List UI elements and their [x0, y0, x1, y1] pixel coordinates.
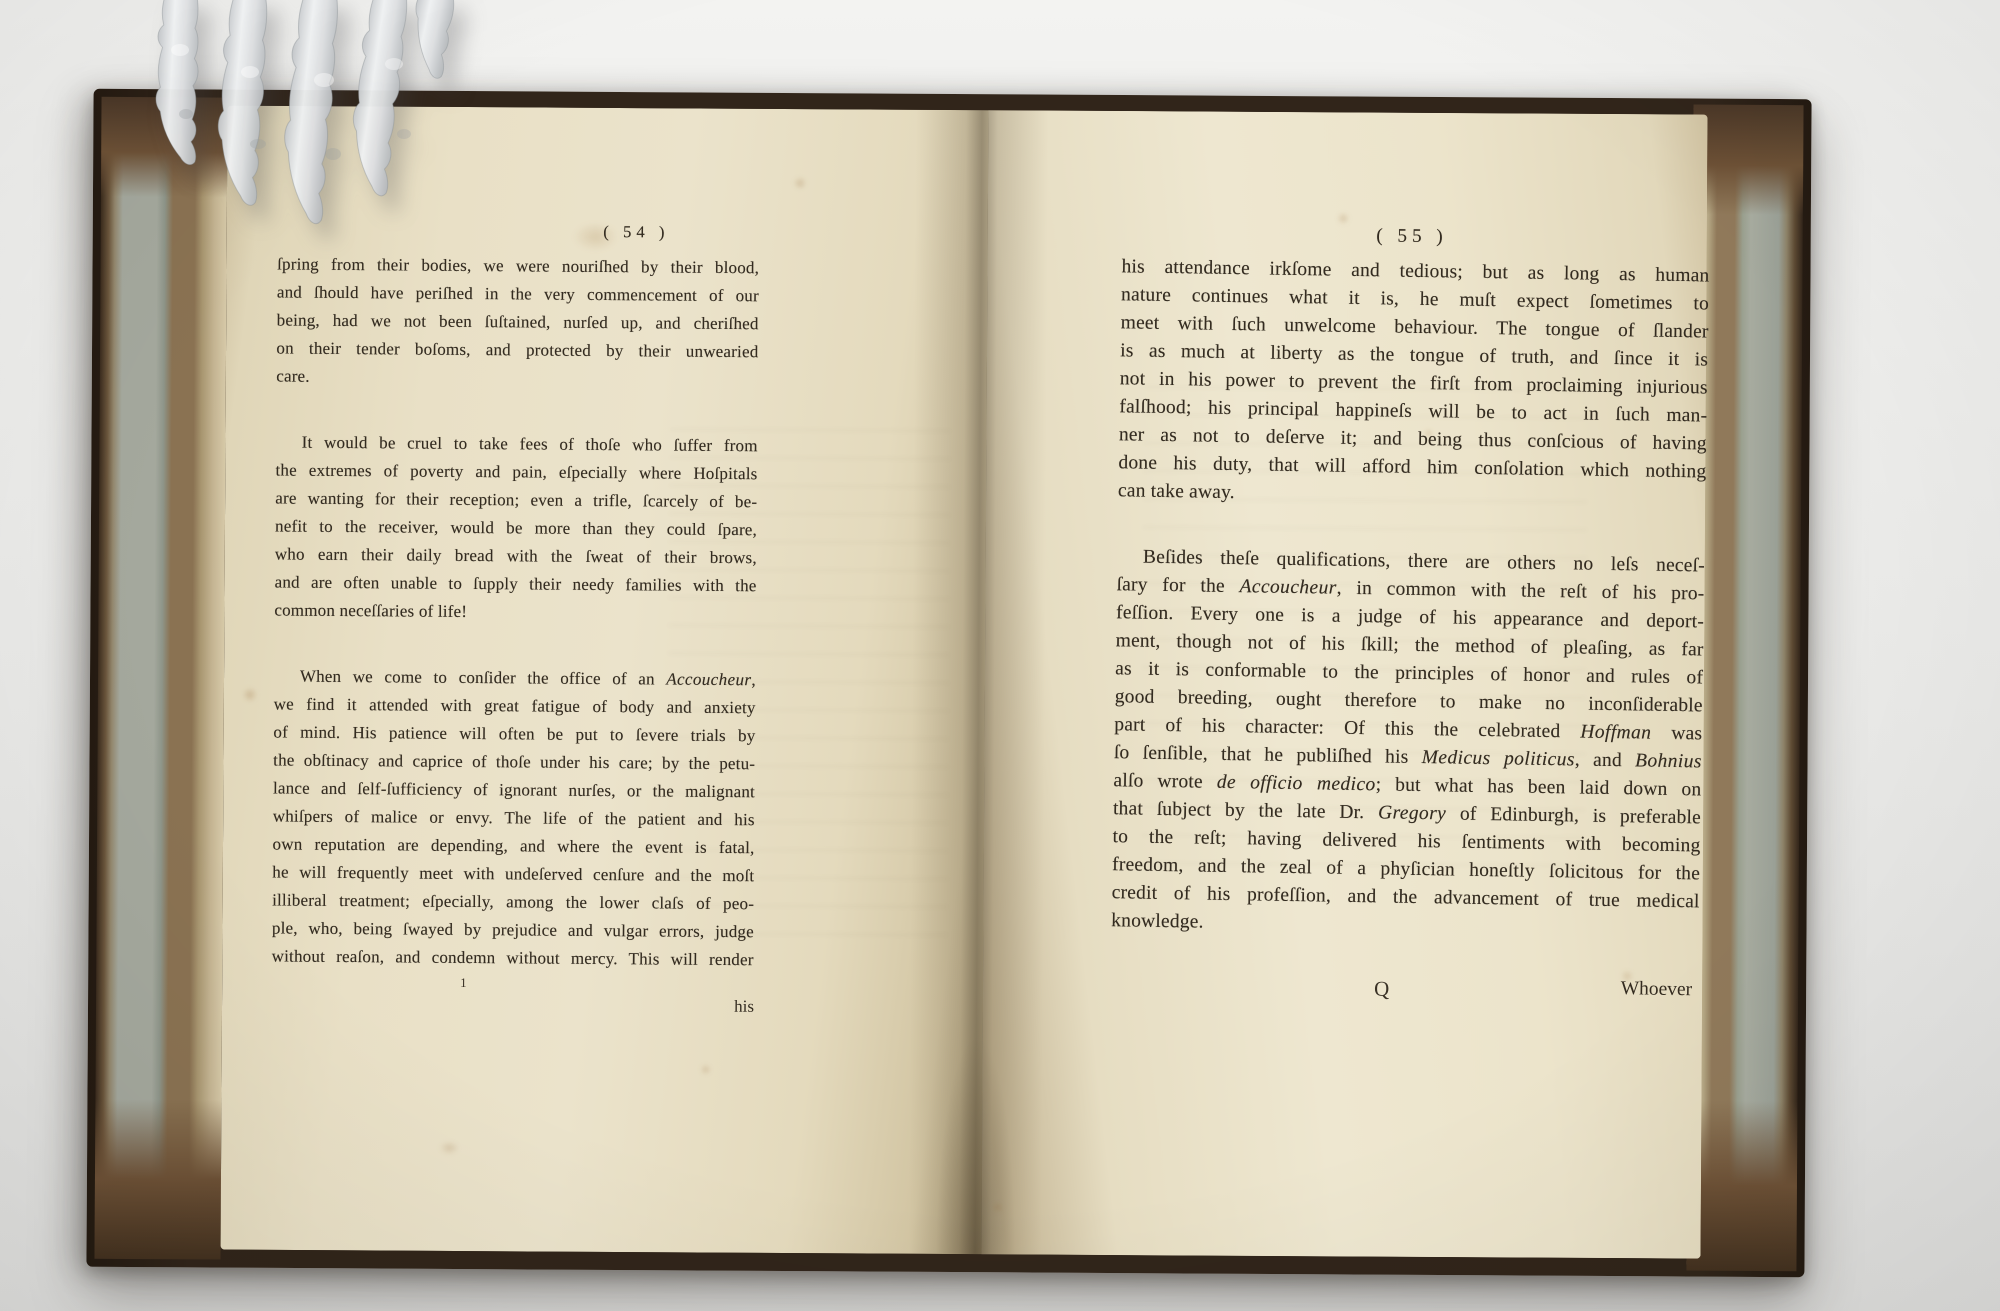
paragraph: It would be cruel to take fees of thoſe …: [274, 428, 758, 628]
text-line: ple, who, being ſwayed by prejudice and …: [272, 914, 754, 946]
text-line: lance and ſelf-ſufficiency of ignorant n…: [273, 774, 755, 806]
text-line: and are often unable to ſupply their nee…: [275, 568, 757, 600]
text-line: without reaſon, and condemn without merc…: [272, 942, 754, 974]
text-line: are wanting for their reception; even a …: [275, 484, 757, 516]
left-signature-mark: 1: [460, 975, 467, 991]
left-catchword: his: [272, 994, 754, 1017]
text-line: he will frequently meet with undeſerved …: [272, 858, 754, 890]
left-page-body: ſpring from their bodies, we were nouriſ…: [272, 250, 760, 974]
text-line: illiberal treatment; eſpecially, among t…: [272, 886, 754, 918]
text-line: being, had we not been ſuſtained, nurſed…: [277, 306, 759, 338]
right-page-text: ( 55 ) his attendance irkſome and tediou…: [1111, 219, 1710, 944]
text-line: of mind. His patience will often be put …: [273, 718, 755, 750]
text-line: and ſhould have periſhed in the very com…: [277, 278, 759, 310]
right-page-body: his attendance irkſome and tedious; but …: [1111, 253, 1710, 944]
left-page-text: ( 54 ) ſpring from their bodies, we were…: [272, 216, 760, 974]
text-line: nefit to the receiver, would be more tha…: [275, 512, 757, 544]
text-line: care.: [276, 362, 758, 394]
open-book: ( 54 ) ſpring from their bodies, we were…: [86, 89, 1811, 1277]
paragraph: ſpring from their bodies, we were nouriſ…: [276, 250, 759, 394]
paragraph: When we come to conſider the office of a…: [272, 662, 756, 974]
paragraph: his attendance irkſome and tedious; but …: [1118, 253, 1710, 514]
text-line: who earn their daily bread with the ſwea…: [275, 540, 757, 572]
text-line: common neceſſaries of life!: [274, 596, 756, 628]
book-gutter: [909, 110, 1049, 1255]
text-line: the obſtinacy and caprice of thoſe under…: [273, 746, 755, 778]
skeleton-hand: [128, 0, 548, 264]
text-line: on their tender boſoms, and protected by…: [276, 334, 758, 366]
text-line: own reputation are depending, and where …: [272, 830, 754, 862]
skeleton-fingers: [151, 0, 480, 224]
text-line: When we come to conſider the office of a…: [274, 662, 756, 694]
paragraph: Beſides theſe qualifications, there are …: [1111, 543, 1705, 944]
text-line: the extremes of poverty and pain, eſpeci…: [275, 456, 757, 488]
text-line: It would be cruel to take fees of thoſe …: [276, 428, 758, 460]
left-page-block-edge: [95, 101, 228, 1254]
photo-scene: ( 54 ) ſpring from their bodies, we were…: [0, 0, 2000, 1311]
text-line: whiſpers of malice or envy. The life of …: [273, 802, 755, 834]
text-line: we find it attended with great fatigue o…: [274, 690, 756, 722]
